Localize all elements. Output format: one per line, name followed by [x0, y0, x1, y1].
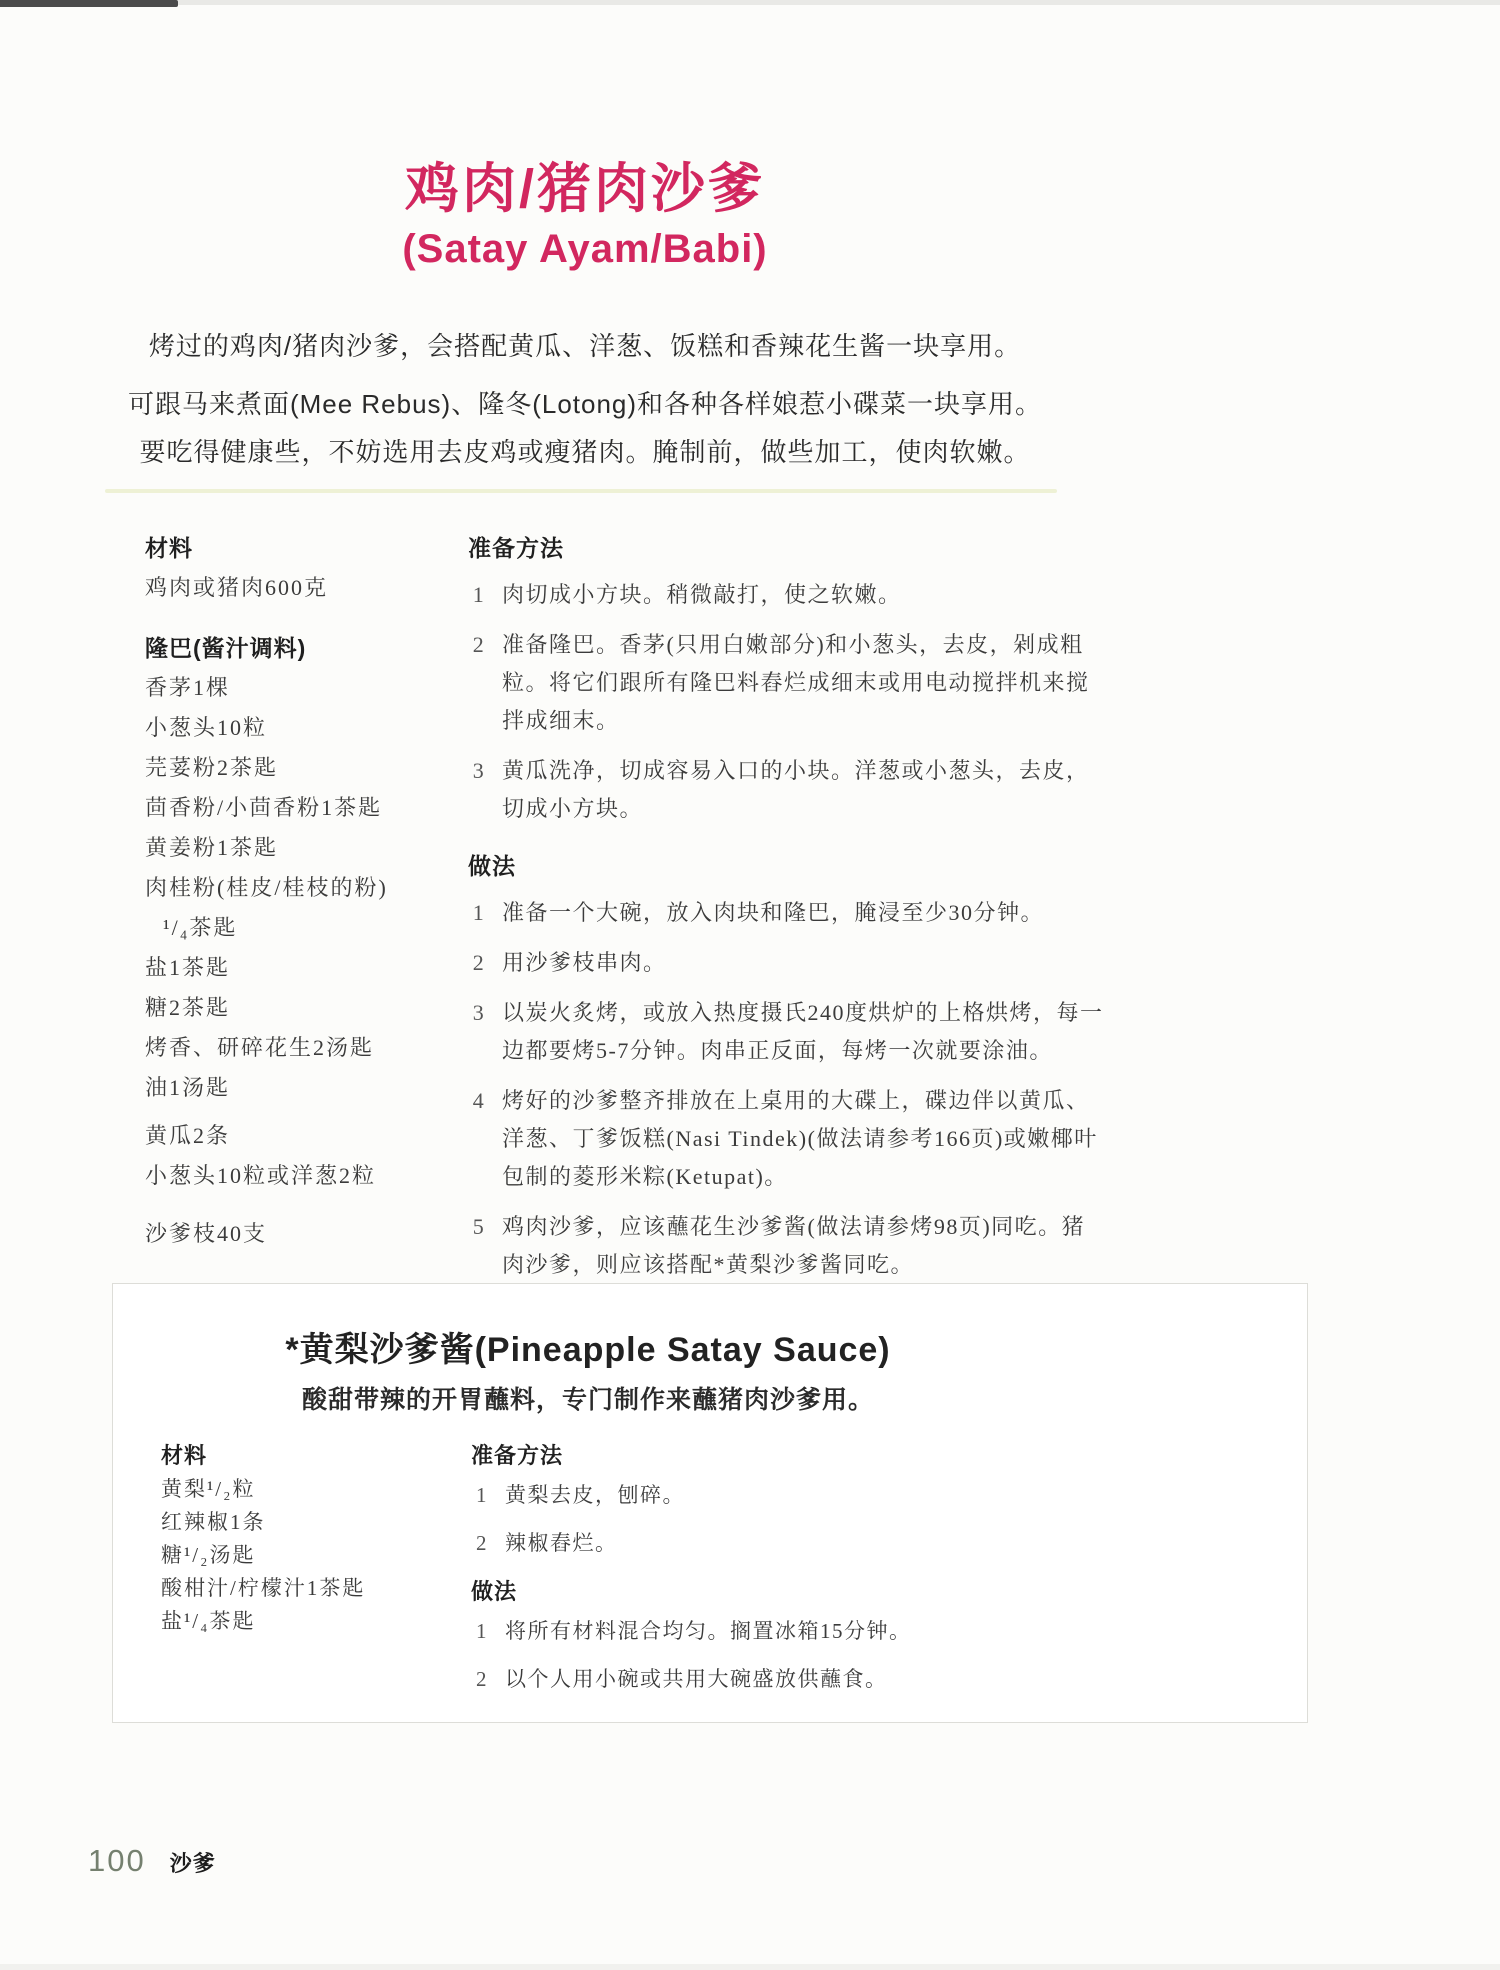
sauce-ingredient-item: 黄梨¹/₂粒	[161, 1473, 461, 1506]
ingredient-item: 鸡肉或猪肉600克	[145, 568, 465, 608]
step-number: 2	[468, 626, 490, 740]
page-footer: 100 沙爹	[88, 1843, 216, 1879]
ingredient-item: 香茅1棵	[145, 668, 465, 708]
prep-heading: 准备方法	[468, 528, 1108, 568]
sauce-ingredients-column: 材料 黄梨¹/₂粒 红辣椒1条 糖¹/₂汤匙 酸柑汁/柠檬汁1茶匙 盐¹/₄茶匙	[161, 1439, 461, 1638]
ingredient-item-continued: ¹/₄茶匙	[145, 908, 465, 948]
rempah-heading: 隆巴(酱汁调料)	[145, 628, 465, 668]
prep-step: 2 准备隆巴。香茅(只用白嫩部分)和小葱头，去皮，剁成粗粒。将它们跟所有隆巴料舂…	[468, 626, 1108, 740]
prep-step: 3 黄瓜洗净，切成容易入口的小块。洋葱或小葱头，去皮，切成小方块。	[468, 752, 1108, 828]
step-text: 鸡肉沙爹，应该蘸花生沙爹酱(做法请参烤98页)同吃。猪肉沙爹，则应该搭配*黄梨沙…	[502, 1208, 1108, 1284]
sauce-ingredient-item: 红辣椒1条	[161, 1506, 461, 1539]
method-step: 5 鸡肉沙爹，应该蘸花生沙爹酱(做法请参烤98页)同吃。猪肉沙爹，则应该搭配*黄…	[468, 1208, 1108, 1284]
sauce-method-step: 1 将所有材料混合均匀。搁置冰箱15分钟。	[471, 1615, 1091, 1647]
step-number: 1	[468, 576, 490, 614]
spacer	[145, 1108, 465, 1116]
method-heading: 做法	[468, 846, 1108, 886]
recipe-title-chinese: 鸡肉/猪肉沙爹	[110, 160, 1060, 219]
scan-edge-bottom	[0, 1964, 1500, 1970]
spacer	[145, 608, 465, 628]
scan-edge-top	[0, 0, 1500, 5]
pineapple-satay-sauce-box: *黄梨沙爹酱(Pineapple Satay Sauce) 酸甜带辣的开胃蘸料，…	[112, 1283, 1308, 1723]
method-step: 2 用沙爹枝串肉。	[468, 944, 1108, 982]
step-text: 用沙爹枝串肉。	[502, 944, 1108, 982]
spacer	[145, 1196, 465, 1214]
instructions-column: 准备方法 1 肉切成小方块。稍微敲打，使之软嫩。 2 准备隆巴。香茅(只用白嫩部…	[468, 528, 1108, 1296]
step-number: 2	[471, 1663, 493, 1695]
ingredients-heading: 材料	[145, 528, 465, 568]
step-number: 5	[468, 1208, 490, 1284]
ingredient-item: 小葱头10粒	[145, 708, 465, 748]
sauce-box-title: *黄梨沙爹酱(Pineapple Satay Sauce)	[113, 1322, 1063, 1371]
ingredient-item: 糖2茶匙	[145, 988, 465, 1028]
ingredient-item: 肉桂粉(桂皮/桂枝的粉)	[145, 868, 465, 908]
step-text: 准备隆巴。香茅(只用白嫩部分)和小葱头，去皮，剁成粗粒。将它们跟所有隆巴料舂烂成…	[502, 626, 1108, 740]
step-number: 2	[471, 1527, 493, 1559]
ingredient-item: 盐1茶匙	[145, 948, 465, 988]
step-number: 2	[468, 944, 490, 982]
step-text: 黄瓜洗净，切成容易入口的小块。洋葱或小葱头，去皮，切成小方块。	[502, 752, 1108, 828]
step-text: 辣椒舂烂。	[505, 1527, 1091, 1559]
sauce-ingredient-item: 糖¹/₂汤匙	[161, 1539, 461, 1572]
sauce-ingredient-item: 盐¹/₄茶匙	[161, 1605, 461, 1638]
method-step: 4 烤好的沙爹整齐排放在上桌用的大碟上，碟边伴以黄瓜、洋葱、丁爹饭糕(Nasi …	[468, 1082, 1108, 1196]
chapter-label: 沙爹	[170, 1847, 216, 1878]
sauce-ingredient-item: 酸柑汁/柠檬汁1茶匙	[161, 1572, 461, 1605]
ingredient-item: 烤香、研碎花生2汤匙	[145, 1028, 465, 1068]
sauce-ingredients-heading: 材料	[161, 1439, 461, 1473]
sauce-method-heading: 做法	[471, 1575, 1091, 1609]
section-divider	[105, 489, 1057, 493]
cookbook-page: 鸡肉/猪肉沙爹 (Satay Ayam/Babi) 烤过的鸡肉/猪肉沙爹，会搭配…	[0, 0, 1500, 1970]
intro-line-3: 要吃得健康些，不妨选用去皮鸡或瘦猪肉。腌制前，做些加工，使肉软嫩。	[110, 436, 1060, 470]
step-number: 4	[468, 1082, 490, 1196]
step-number: 1	[471, 1615, 493, 1647]
scan-artifact	[0, 0, 178, 7]
step-number: 3	[468, 994, 490, 1070]
sauce-prep-step: 2 辣椒舂烂。	[471, 1527, 1091, 1559]
step-number: 1	[471, 1479, 493, 1511]
ingredient-item: 小葱头10粒或洋葱2粒	[145, 1156, 465, 1196]
step-text: 肉切成小方块。稍微敲打，使之软嫩。	[502, 576, 1108, 614]
step-text: 准备一个大碗，放入肉块和隆巴，腌浸至少30分钟。	[502, 894, 1108, 932]
step-text: 以个人用小碗或共用大碗盛放供蘸食。	[505, 1663, 1091, 1695]
recipe-title-malay: (Satay Ayam/Babi)	[110, 227, 1060, 271]
ingredient-item: 芫荽粉2茶匙	[145, 748, 465, 788]
page-number: 100	[88, 1843, 146, 1879]
step-text: 黄梨去皮，刨碎。	[505, 1479, 1091, 1511]
step-number: 1	[468, 894, 490, 932]
ingredients-column: 材料 鸡肉或猪肉600克 隆巴(酱汁调料) 香茅1棵 小葱头10粒 芫荽粉2茶匙…	[145, 528, 465, 1254]
sauce-instructions-column: 准备方法 1 黄梨去皮，刨碎。 2 辣椒舂烂。 做法 1 将所有材料混合均匀。搁…	[471, 1439, 1091, 1711]
ingredient-item: 茴香粉/小茴香粉1茶匙	[145, 788, 465, 828]
recipe-header: 鸡肉/猪肉沙爹 (Satay Ayam/Babi)	[110, 160, 1060, 271]
step-text: 将所有材料混合均匀。搁置冰箱15分钟。	[505, 1615, 1091, 1647]
step-number: 3	[468, 752, 490, 828]
prep-step: 1 肉切成小方块。稍微敲打，使之软嫩。	[468, 576, 1108, 614]
ingredient-item: 黄姜粉1茶匙	[145, 828, 465, 868]
method-step: 3 以炭火炙烤，或放入热度摄氏240度烘炉的上格烘烤，每一边都要烤5-7分钟。肉…	[468, 994, 1108, 1070]
step-text: 以炭火炙烤，或放入热度摄氏240度烘炉的上格烘烤，每一边都要烤5-7分钟。肉串正…	[502, 994, 1108, 1070]
ingredient-item: 沙爹枝40支	[145, 1214, 465, 1254]
intro-line-1: 烤过的鸡肉/猪肉沙爹，会搭配黄瓜、洋葱、饭糕和香辣花生酱一块享用。	[110, 330, 1060, 364]
method-step: 1 准备一个大碗，放入肉块和隆巴，腌浸至少30分钟。	[468, 894, 1108, 932]
sauce-prep-step: 1 黄梨去皮，刨碎。	[471, 1479, 1091, 1511]
ingredient-item: 油1汤匙	[145, 1068, 465, 1108]
intro-line-2: 可跟马来煮面(Mee Rebus)、隆冬(Lotong)和各种各样娘惹小碟菜一块…	[110, 388, 1060, 422]
sauce-box-subtitle: 酸甜带辣的开胃蘸料，专门制作来蘸猪肉沙爹用。	[113, 1380, 1063, 1416]
sauce-prep-heading: 准备方法	[471, 1439, 1091, 1473]
step-text: 烤好的沙爹整齐排放在上桌用的大碟上，碟边伴以黄瓜、洋葱、丁爹饭糕(Nasi Ti…	[502, 1082, 1108, 1196]
ingredient-item: 黄瓜2条	[145, 1116, 465, 1156]
sauce-method-step: 2 以个人用小碗或共用大碗盛放供蘸食。	[471, 1663, 1091, 1695]
